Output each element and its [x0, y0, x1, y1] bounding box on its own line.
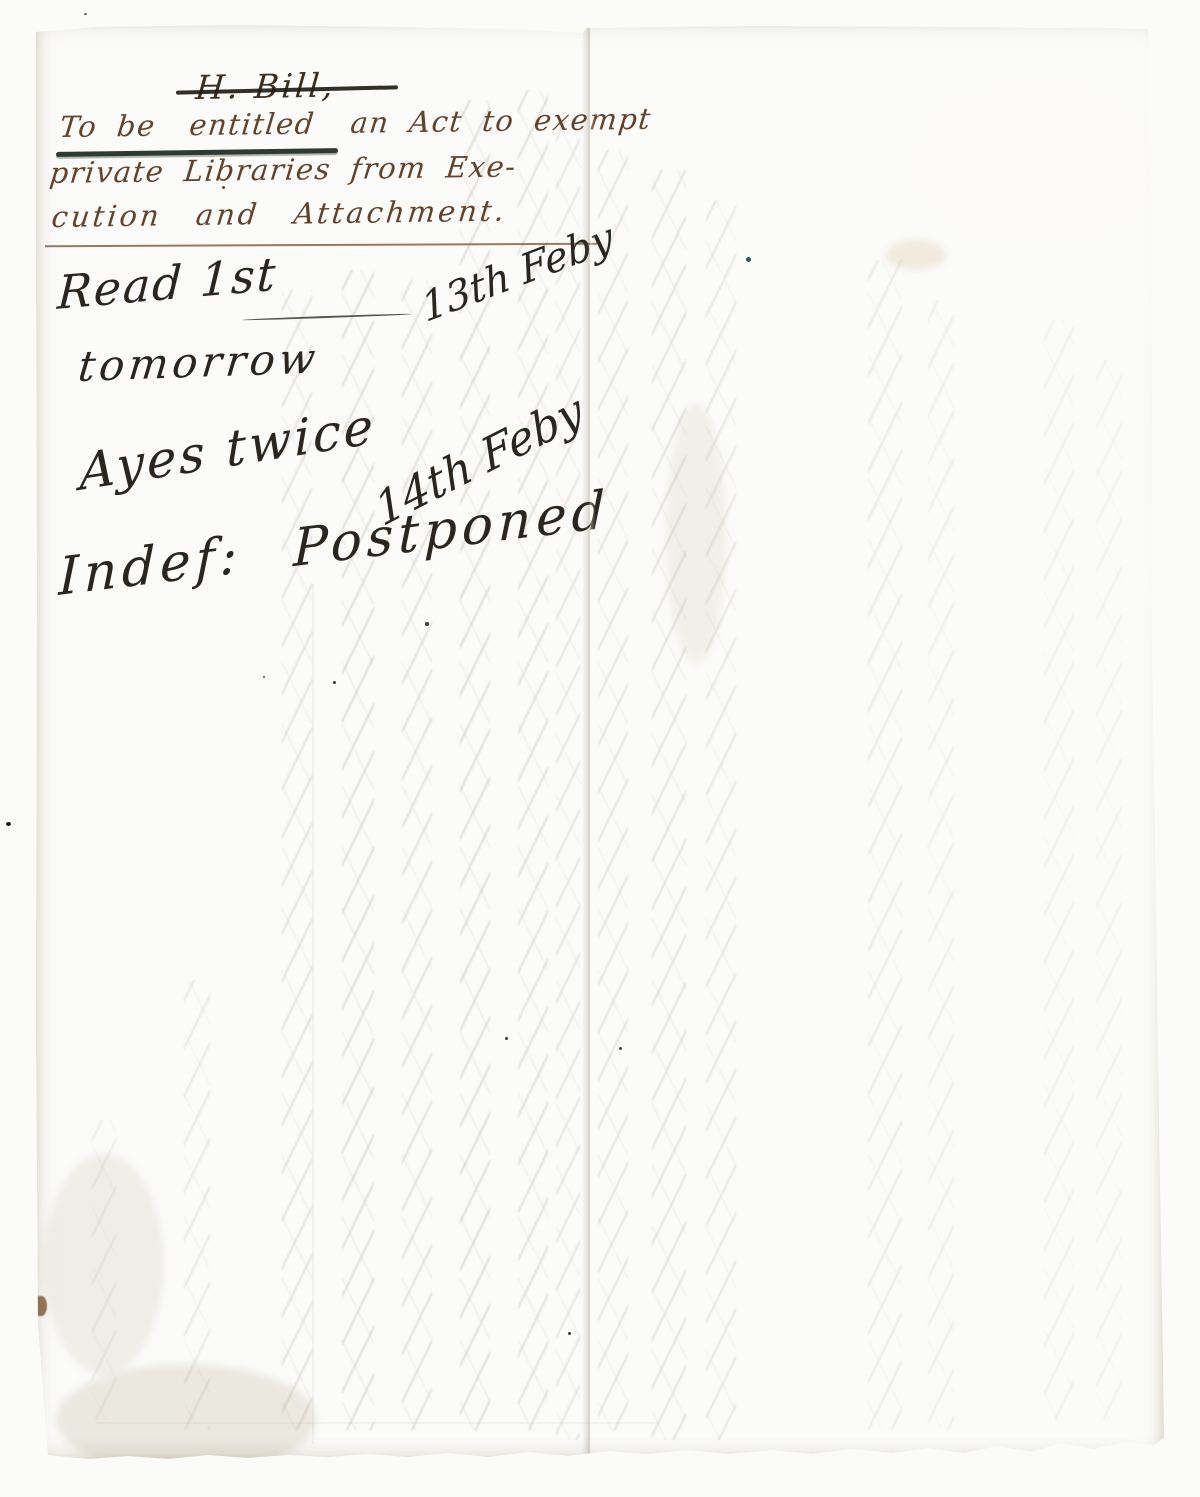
- manuscript-page: H. Bill, To be entitled an Act to exempt…: [36, 24, 1164, 1461]
- ink-speck: [333, 681, 336, 684]
- title-struck-word: entitled: [188, 106, 317, 142]
- ink-speck: [263, 676, 265, 678]
- title-underlined-words: To be: [58, 109, 158, 144]
- docket-first-reading: Read 1st: [56, 246, 279, 320]
- docket-disposition: Indef: Postponed: [58, 480, 610, 608]
- docket-first-reading-text: Read 1st: [56, 246, 279, 320]
- ink-speck: [746, 257, 751, 262]
- bleedthrough-column: [402, 280, 432, 1430]
- bleedthrough-column: [1044, 320, 1074, 1420]
- bleedthrough-column: [92, 1120, 116, 1420]
- ink-speck: [568, 1332, 571, 1335]
- title-line-3-text: cution and Attachment.: [50, 194, 509, 234]
- docket-first-reading-date-text: 13th Feby: [418, 214, 618, 332]
- ink-speck: [425, 622, 429, 626]
- scan-speck: [84, 13, 87, 15]
- docket-note-text: tomorrow: [76, 333, 322, 391]
- title-line-2-text: private Libraries from Exe-: [48, 149, 518, 190]
- docket-vote-text: Ayes twice: [79, 397, 376, 502]
- ink-speck: [619, 1047, 622, 1050]
- paper-stain: [666, 404, 726, 664]
- paper-stain: [916, 84, 1156, 244]
- ink-speck: [505, 1037, 508, 1040]
- bleedthrough-column: [928, 300, 954, 1430]
- bleedthrough-column: [1096, 360, 1122, 1420]
- paper-crease: [312, 584, 314, 1444]
- struck-heading-text: H. Bill,: [194, 65, 338, 107]
- bleedthrough-column: [868, 260, 902, 1430]
- scan-speck: [6, 822, 11, 826]
- bleedthrough-column: [706, 200, 736, 1440]
- bleedthrough-column: [598, 150, 628, 1430]
- title-line-3: cution and Attachment.: [50, 194, 509, 234]
- title-line-1-rest: an Act to exempt: [349, 102, 654, 140]
- paper-stain: [56, 1364, 316, 1474]
- docket-note: tomorrow: [76, 333, 322, 391]
- title-line-1: To be entitled an Act to exempt: [58, 102, 654, 144]
- title-line-2: private Libraries from Exe-: [48, 149, 518, 190]
- docket-fill-dash: [242, 313, 412, 321]
- paper-crease: [96, 1422, 656, 1424]
- docket-first-reading-date: 13th Feby: [418, 214, 618, 332]
- docket-vote: Ayes twice: [79, 397, 376, 502]
- paper-tear-stain: [36, 1296, 47, 1316]
- rule-line: [45, 243, 597, 247]
- bleedthrough-column: [184, 980, 210, 1430]
- paper-stain: [886, 240, 946, 270]
- bleedthrough-column: [556, 120, 580, 1440]
- paper-stain: [44, 1154, 164, 1374]
- docket-disposition-text: Indef: Postponed: [58, 480, 610, 608]
- struck-heading: H. Bill,: [194, 65, 338, 107]
- bleedthrough-column: [652, 170, 686, 1440]
